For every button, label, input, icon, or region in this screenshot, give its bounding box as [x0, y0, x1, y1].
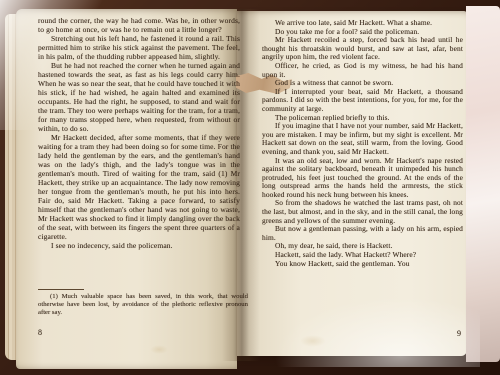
left-page-text: round the corner, the way he had come. W…: [38, 16, 240, 250]
open-book-photo: round the corner, the way he had come. W…: [0, 0, 500, 375]
paragraph: It was an old seat, low and worn. Mr Hac…: [262, 157, 463, 200]
paragraph: Officer, he cried, as God is my witness,…: [262, 62, 463, 79]
paragraph: If you imagine that I have not your numb…: [262, 122, 463, 156]
paragraph: round the corner, the way he had come. W…: [38, 16, 240, 34]
page-number-left: 8: [38, 328, 42, 337]
paragraph: If I interrupted your beat, said Mr Hack…: [262, 88, 463, 114]
paragraph: Mr Hackett decided, after some moments, …: [38, 133, 240, 241]
paragraph: Mr Hackett recoiled a step, forced back …: [262, 36, 463, 62]
footnote: (1) Much valuable space has been saved, …: [38, 289, 248, 317]
footnote-text: (1) Much valuable space has been saved, …: [38, 293, 248, 317]
footnote-rule: [38, 289, 84, 290]
page-number-right: 9: [457, 329, 461, 338]
paragraph: I see no indecency, said the policeman.: [38, 241, 240, 250]
right-page-text: We arrive too late, said Mr Hackett. Wha…: [262, 19, 463, 268]
paragraph: Stretching out his left hand, he fastene…: [38, 34, 240, 61]
paragraph: You know Hackett, said the gentleman. Yo…: [262, 260, 463, 269]
glossy-surface: [466, 6, 500, 362]
paragraph: But he had not reached the corner when h…: [38, 61, 240, 133]
paragraph: But now a gentleman passing, with a lady…: [262, 225, 463, 242]
paragraph: So from the shadows he watched the last …: [262, 199, 463, 225]
